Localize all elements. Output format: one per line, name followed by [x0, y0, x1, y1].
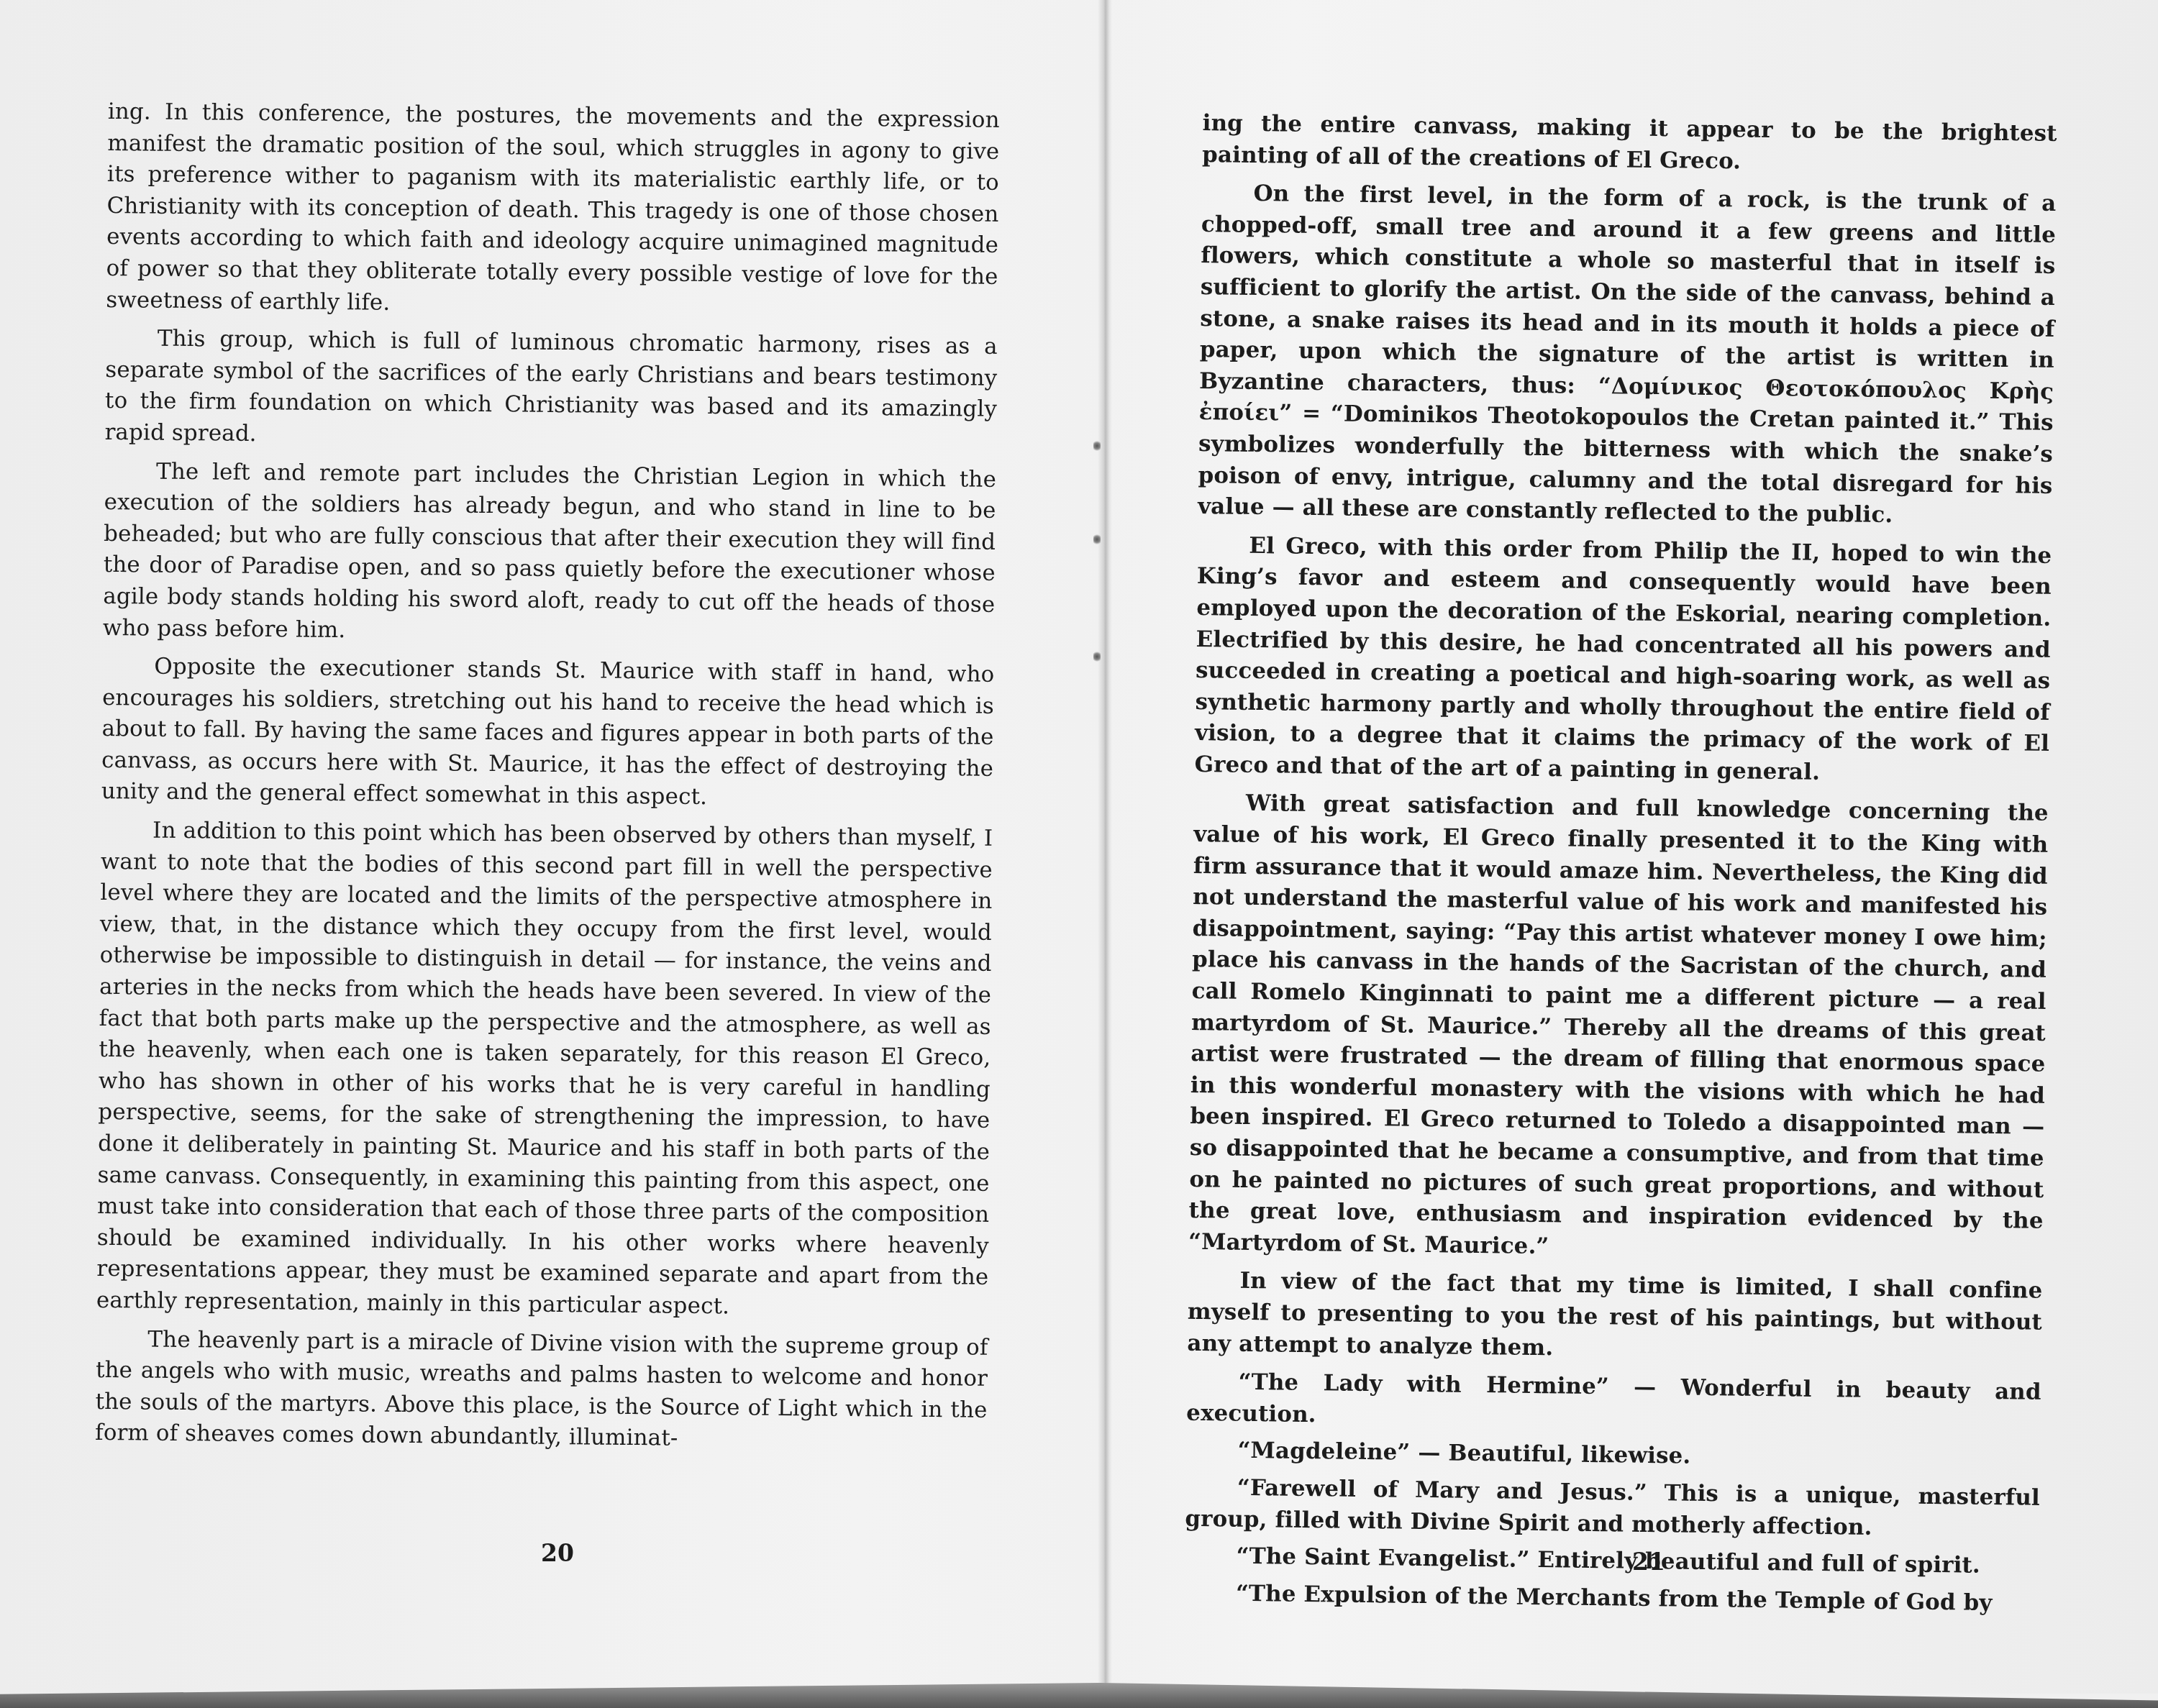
painting-entry: “Farewell of Mary and Jesus.” This is a …: [1185, 1472, 2040, 1545]
left-page-text: ing. In this conference, the postures, t…: [95, 96, 1000, 1465]
paragraph: In view of the fact that my time is limi…: [1187, 1265, 2043, 1370]
paragraph: In addition to this point which has been…: [96, 815, 993, 1325]
paragraph: ing the entire canvass, making it appear…: [1202, 108, 2057, 181]
right-page: ing the entire canvass, making it appear…: [1111, 0, 2158, 1683]
painting-entry: “Magdeleine” — Beautiful, likewise.: [1185, 1435, 2040, 1477]
painting-entry: “The Saint Evangelist.” Entirely beautif…: [1184, 1540, 2039, 1583]
painting-entry: “The Expulsion of the Merchants from the…: [1184, 1578, 2039, 1620]
painting-entry: “The Lady with Hermine” — Wonderful in b…: [1186, 1366, 2041, 1440]
paragraph: ing. In this conference, the postures, t…: [106, 96, 1000, 324]
paragraph: The left and remote part includes the Ch…: [103, 456, 996, 652]
right-page-text: ing the entire canvass, making it appear…: [1184, 108, 2057, 1625]
paragraph: The heavenly part is a miracle of Divine…: [95, 1323, 988, 1457]
book-gutter: [1098, 0, 1112, 1686]
paragraph: With great satisfaction and full knowled…: [1188, 787, 2049, 1269]
paragraph: This group, which is full of luminous ch…: [104, 323, 998, 457]
paragraph: El Greco, with this order from Philip th…: [1194, 530, 2052, 792]
page-number: 21: [1632, 1548, 1665, 1576]
left-page: ing. In this conference, the postures, t…: [0, 0, 1099, 1683]
page-number: 20: [541, 1539, 574, 1567]
paragraph: Opposite the executioner stands St. Maur…: [101, 651, 995, 816]
paragraph: On the first level, in the form of a roc…: [1198, 178, 2057, 533]
